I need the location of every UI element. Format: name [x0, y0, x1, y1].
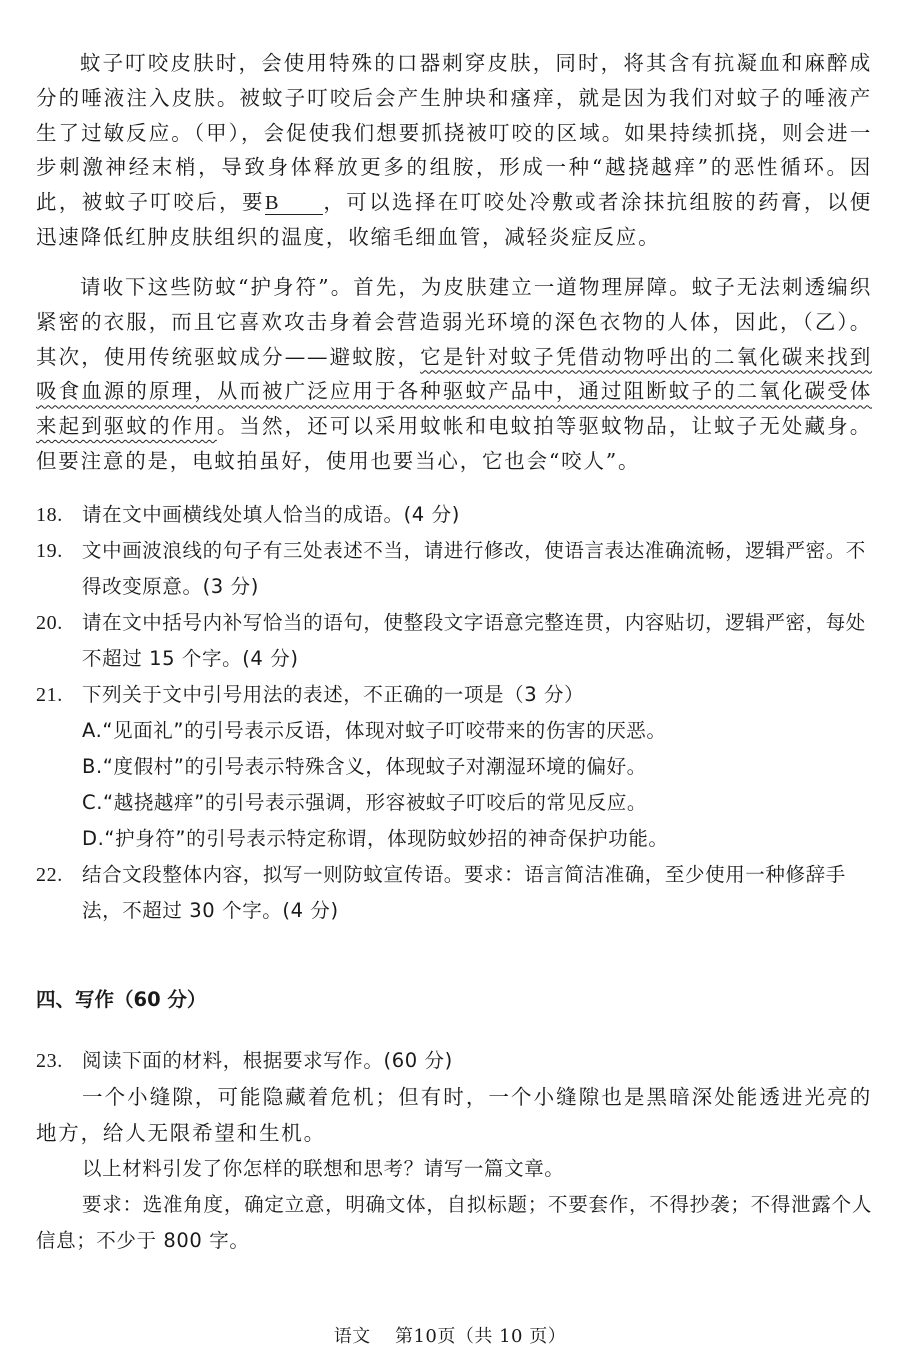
- footer-subject: 语文: [334, 1326, 371, 1347]
- passage-paragraph-2: 请收下这些防蚊“护身符”。首先，为皮肤建立一道物理屏障。蚊子无法刺透编织紧密的衣…: [36, 270, 872, 479]
- question-text: 结合文段整体内容，拟写一则防蚊宣传语。要求：语言简洁准确，至少使用一种修辞手法，…: [82, 863, 846, 922]
- question-20: 20. 请在文中括号内补写恰当的语句，使整段文字语意完整连贯，内容贴切，逻辑严密…: [36, 605, 872, 677]
- question-text: 阅读下面的材料，根据要求写作。(60 分): [82, 1049, 453, 1072]
- question-number: 19.: [36, 533, 63, 569]
- exam-page: 蚊子叮咬皮肤时，会使用特殊的口器刺穿皮肤，同时，将其含有抗凝血和麻醉成分的唾液注…: [0, 0, 900, 1372]
- option-b: B.“度假村”的引号表示特殊含义，体现蚊子对潮湿环境的偏好。: [82, 749, 872, 785]
- section-heading-writing: 四、写作（60 分）: [36, 983, 206, 1017]
- question-22: 22. 结合文段整体内容，拟写一则防蚊宣传语。要求：语言简洁准确，至少使用一种修…: [36, 857, 872, 929]
- question-21: 21. 下列关于文中引号用法的表述，不正确的一项是（3 分） A.“见面礼”的引…: [36, 677, 872, 857]
- passage-paragraph-1: 蚊子叮咬皮肤时，会使用特殊的口器刺穿皮肤，同时，将其含有抗凝血和麻醉成分的唾液注…: [36, 46, 872, 255]
- question-23: 23. 阅读下面的材料，根据要求写作。(60 分): [36, 1043, 872, 1079]
- question-number: 20.: [36, 605, 63, 641]
- paragraph-text: 请收下这些防蚊“护身符”。首先，为皮肤建立一道物理屏障。蚊子无法刺透编织紧密的衣…: [36, 270, 872, 479]
- question-text: 请在文中括号内补写恰当的语句，使整段文字语意完整连贯，内容贴切，逻辑严密，每处不…: [82, 611, 866, 670]
- question-text: 文中画波浪线的句子有三处表述不当，请进行修改，使语言表达准确流畅，逻辑严密。不得…: [82, 539, 866, 598]
- question-list: 18. 请在文中画横线处填人恰当的成语。(4 分) 19. 文中画波浪线的句子有…: [36, 497, 872, 929]
- paragraph-text: 蚊子叮咬皮肤时，会使用特殊的口器刺穿皮肤，同时，将其含有抗凝血和麻醉成分的唾液注…: [36, 46, 872, 255]
- question-number: 23.: [36, 1043, 63, 1079]
- question-18: 18. 请在文中画横线处填人恰当的成语。(4 分): [36, 497, 872, 533]
- question-number: 21.: [36, 677, 63, 713]
- writing-section: 23. 阅读下面的材料，根据要求写作。(60 分) 一个小缝隙，可能隐藏着危机；…: [36, 1043, 872, 1259]
- footer-page-number: 第10页（共 10 页）: [395, 1326, 566, 1347]
- writing-material: 一个小缝隙，可能隐藏着危机；但有时，一个小缝隙也是黑暗深处能透进光亮的地方，给人…: [36, 1079, 872, 1151]
- option-a: A.“见面礼”的引号表示反语，体现对蚊子叮咬带来的伤害的厌恶。: [82, 713, 872, 749]
- question-text: 下列关于文中引号用法的表述，不正确的一项是（3 分）: [82, 683, 584, 706]
- writing-requirements: 要求：选准角度，确定立意，明确文体，自拟标题；不要套作，不得抄袭；不得泄露个人信…: [36, 1187, 872, 1259]
- writing-question: 以上材料引发了你怎样的联想和思考？请写一篇文章。: [36, 1151, 872, 1187]
- option-c: C.“越挠越痒”的引号表示强调，形容被蚊子叮咬后的常见反应。: [82, 785, 872, 821]
- question-19: 19. 文中画波浪线的句子有三处表述不当，请进行修改，使语言表达准确流畅，逻辑严…: [36, 533, 872, 605]
- question-text: 请在文中画横线处填人恰当的成语。(4 分): [82, 503, 460, 526]
- page-footer: 语文 第10页（共 10 页）: [0, 1322, 900, 1352]
- question-number: 18.: [36, 497, 63, 533]
- option-d: D.“护身符”的引号表示特定称谓，体现防蚊妙招的神奇保护功能。: [82, 821, 872, 857]
- question-number: 22.: [36, 857, 63, 893]
- fill-in-blank: B: [265, 192, 323, 215]
